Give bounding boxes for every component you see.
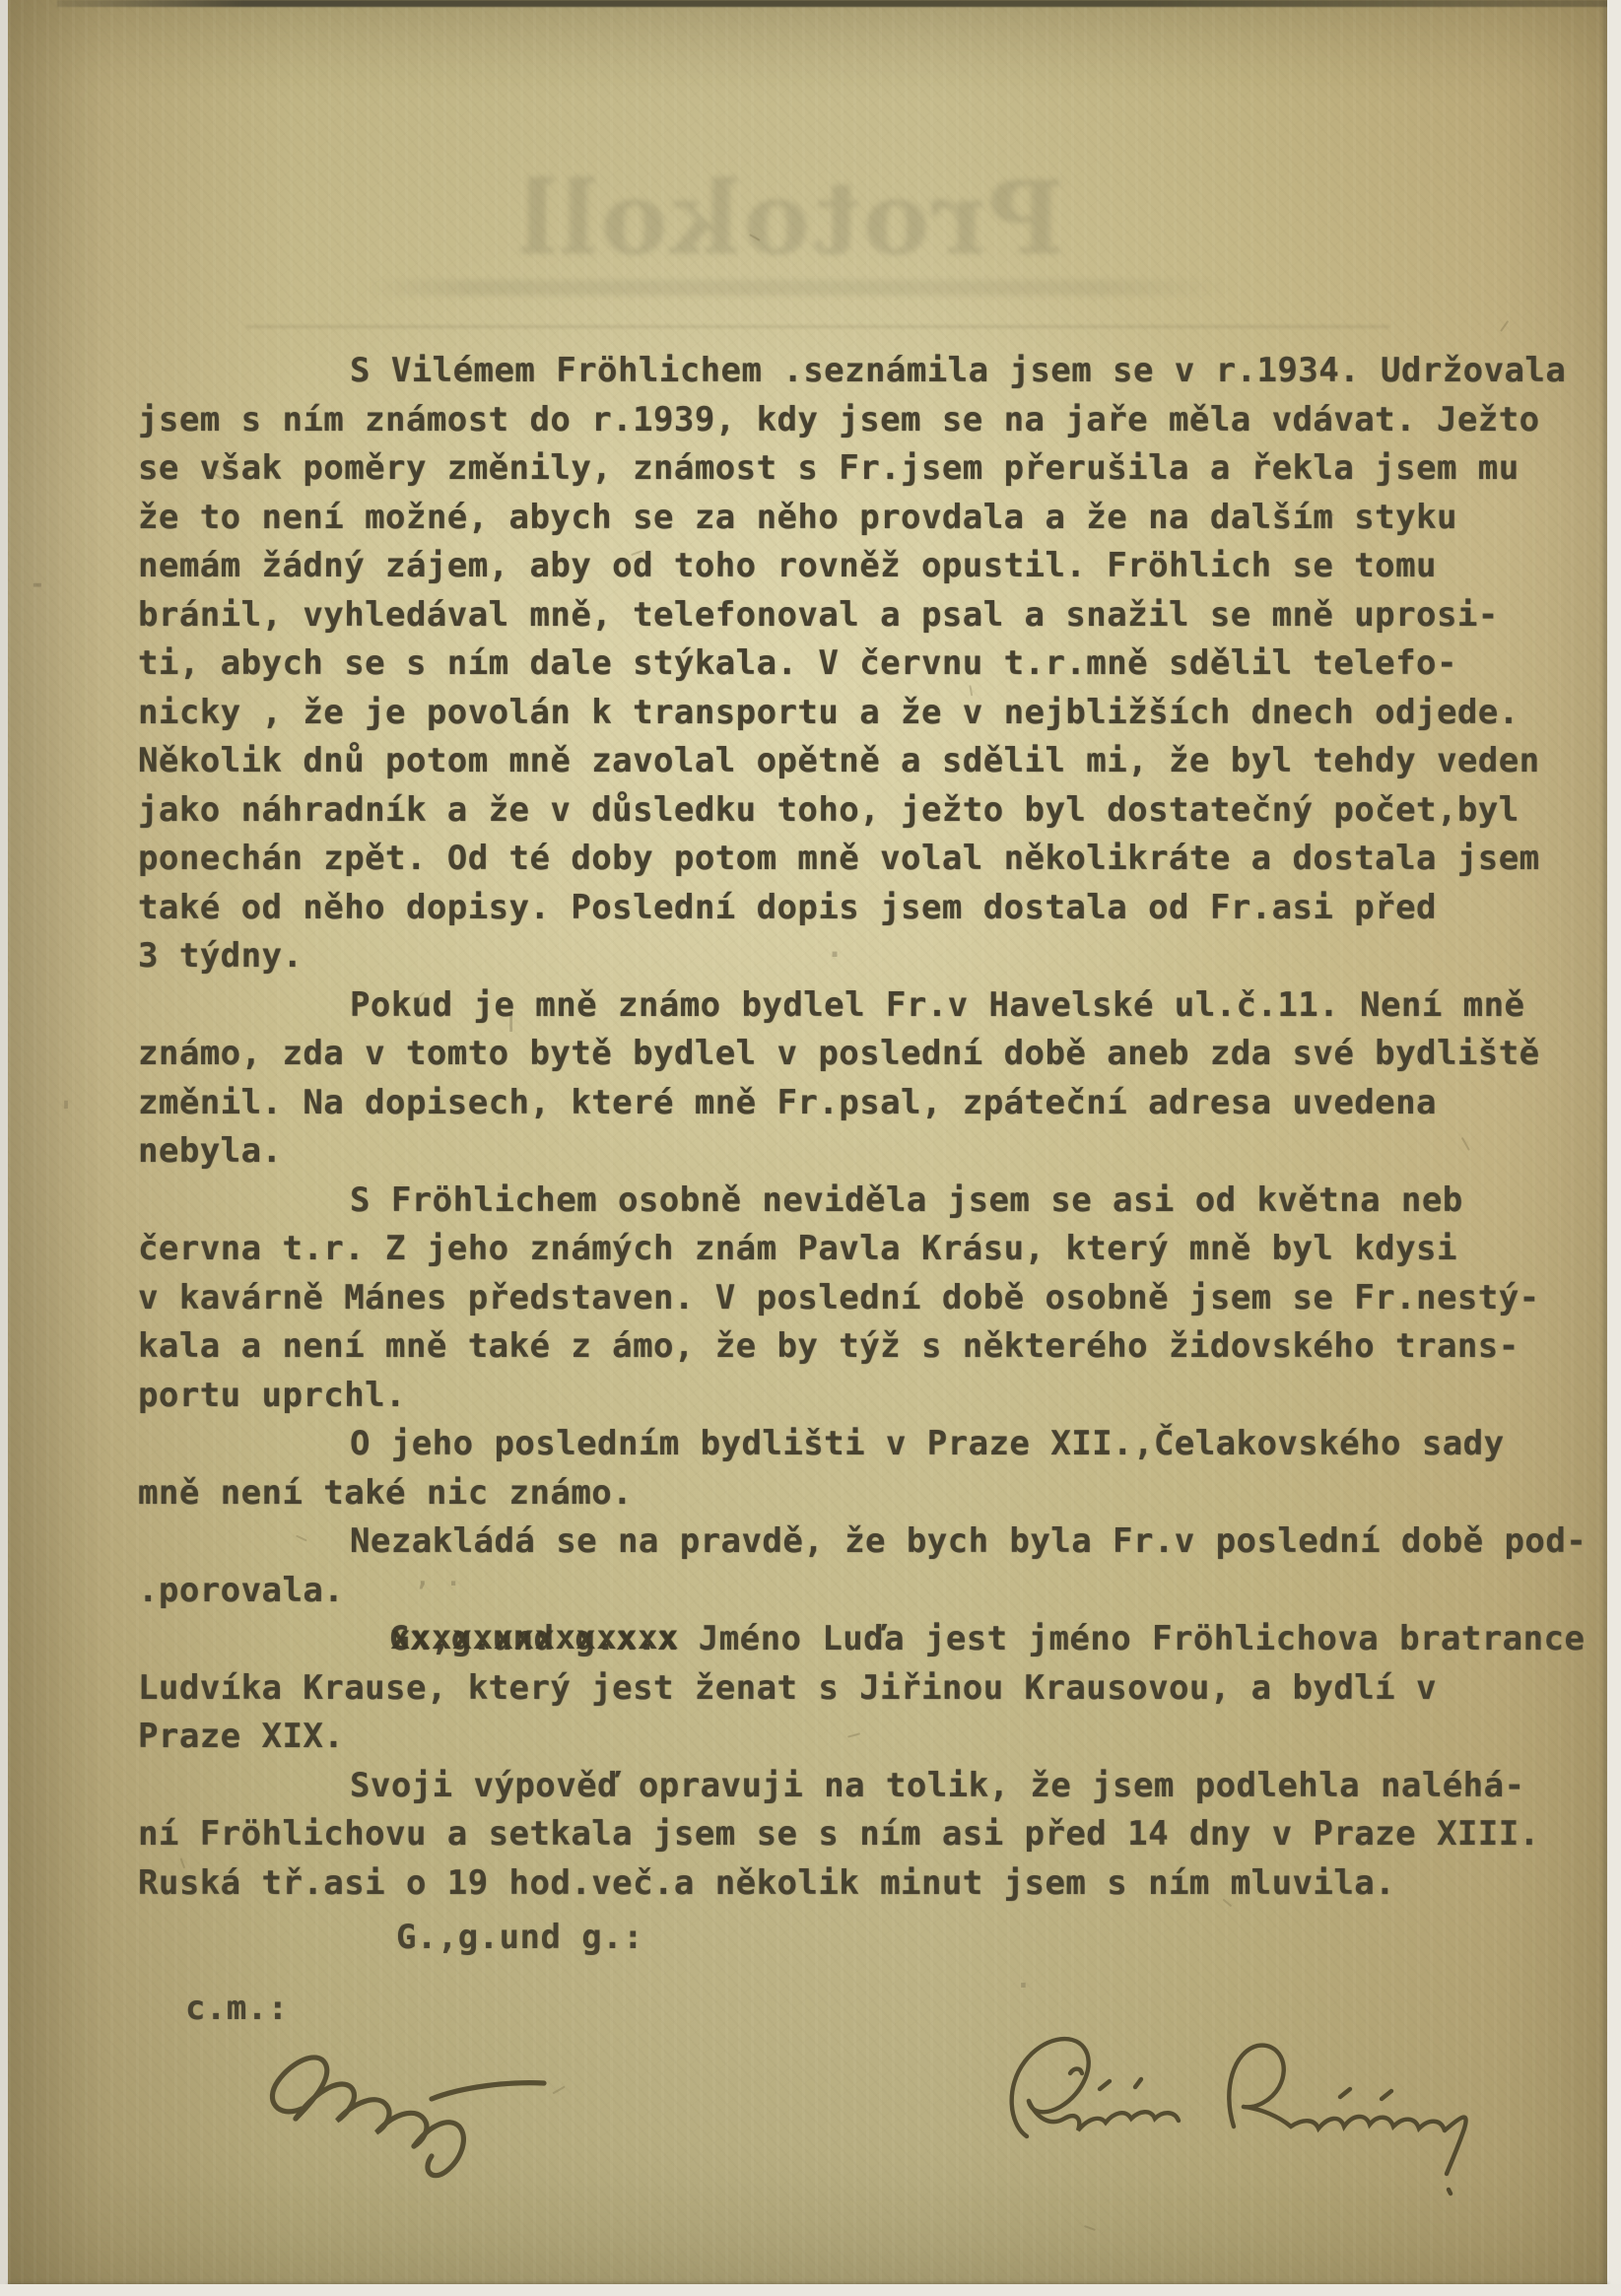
stray-ink-mark: , . — [415, 1563, 461, 1592]
signature-right — [0, 0, 1621, 2296]
stray-ink-mark: - — [30, 570, 45, 599]
stray-ink-mark: · — [826, 938, 844, 973]
stray-ink-mark: ' — [57, 1096, 75, 1130]
stray-ink-mark: ǀ — [505, 1013, 517, 1038]
scanned-document-page: { "document": { "kind": "typewritten pro… — [0, 0, 1621, 2296]
stray-ink-mark: · — [1015, 1969, 1032, 2001]
